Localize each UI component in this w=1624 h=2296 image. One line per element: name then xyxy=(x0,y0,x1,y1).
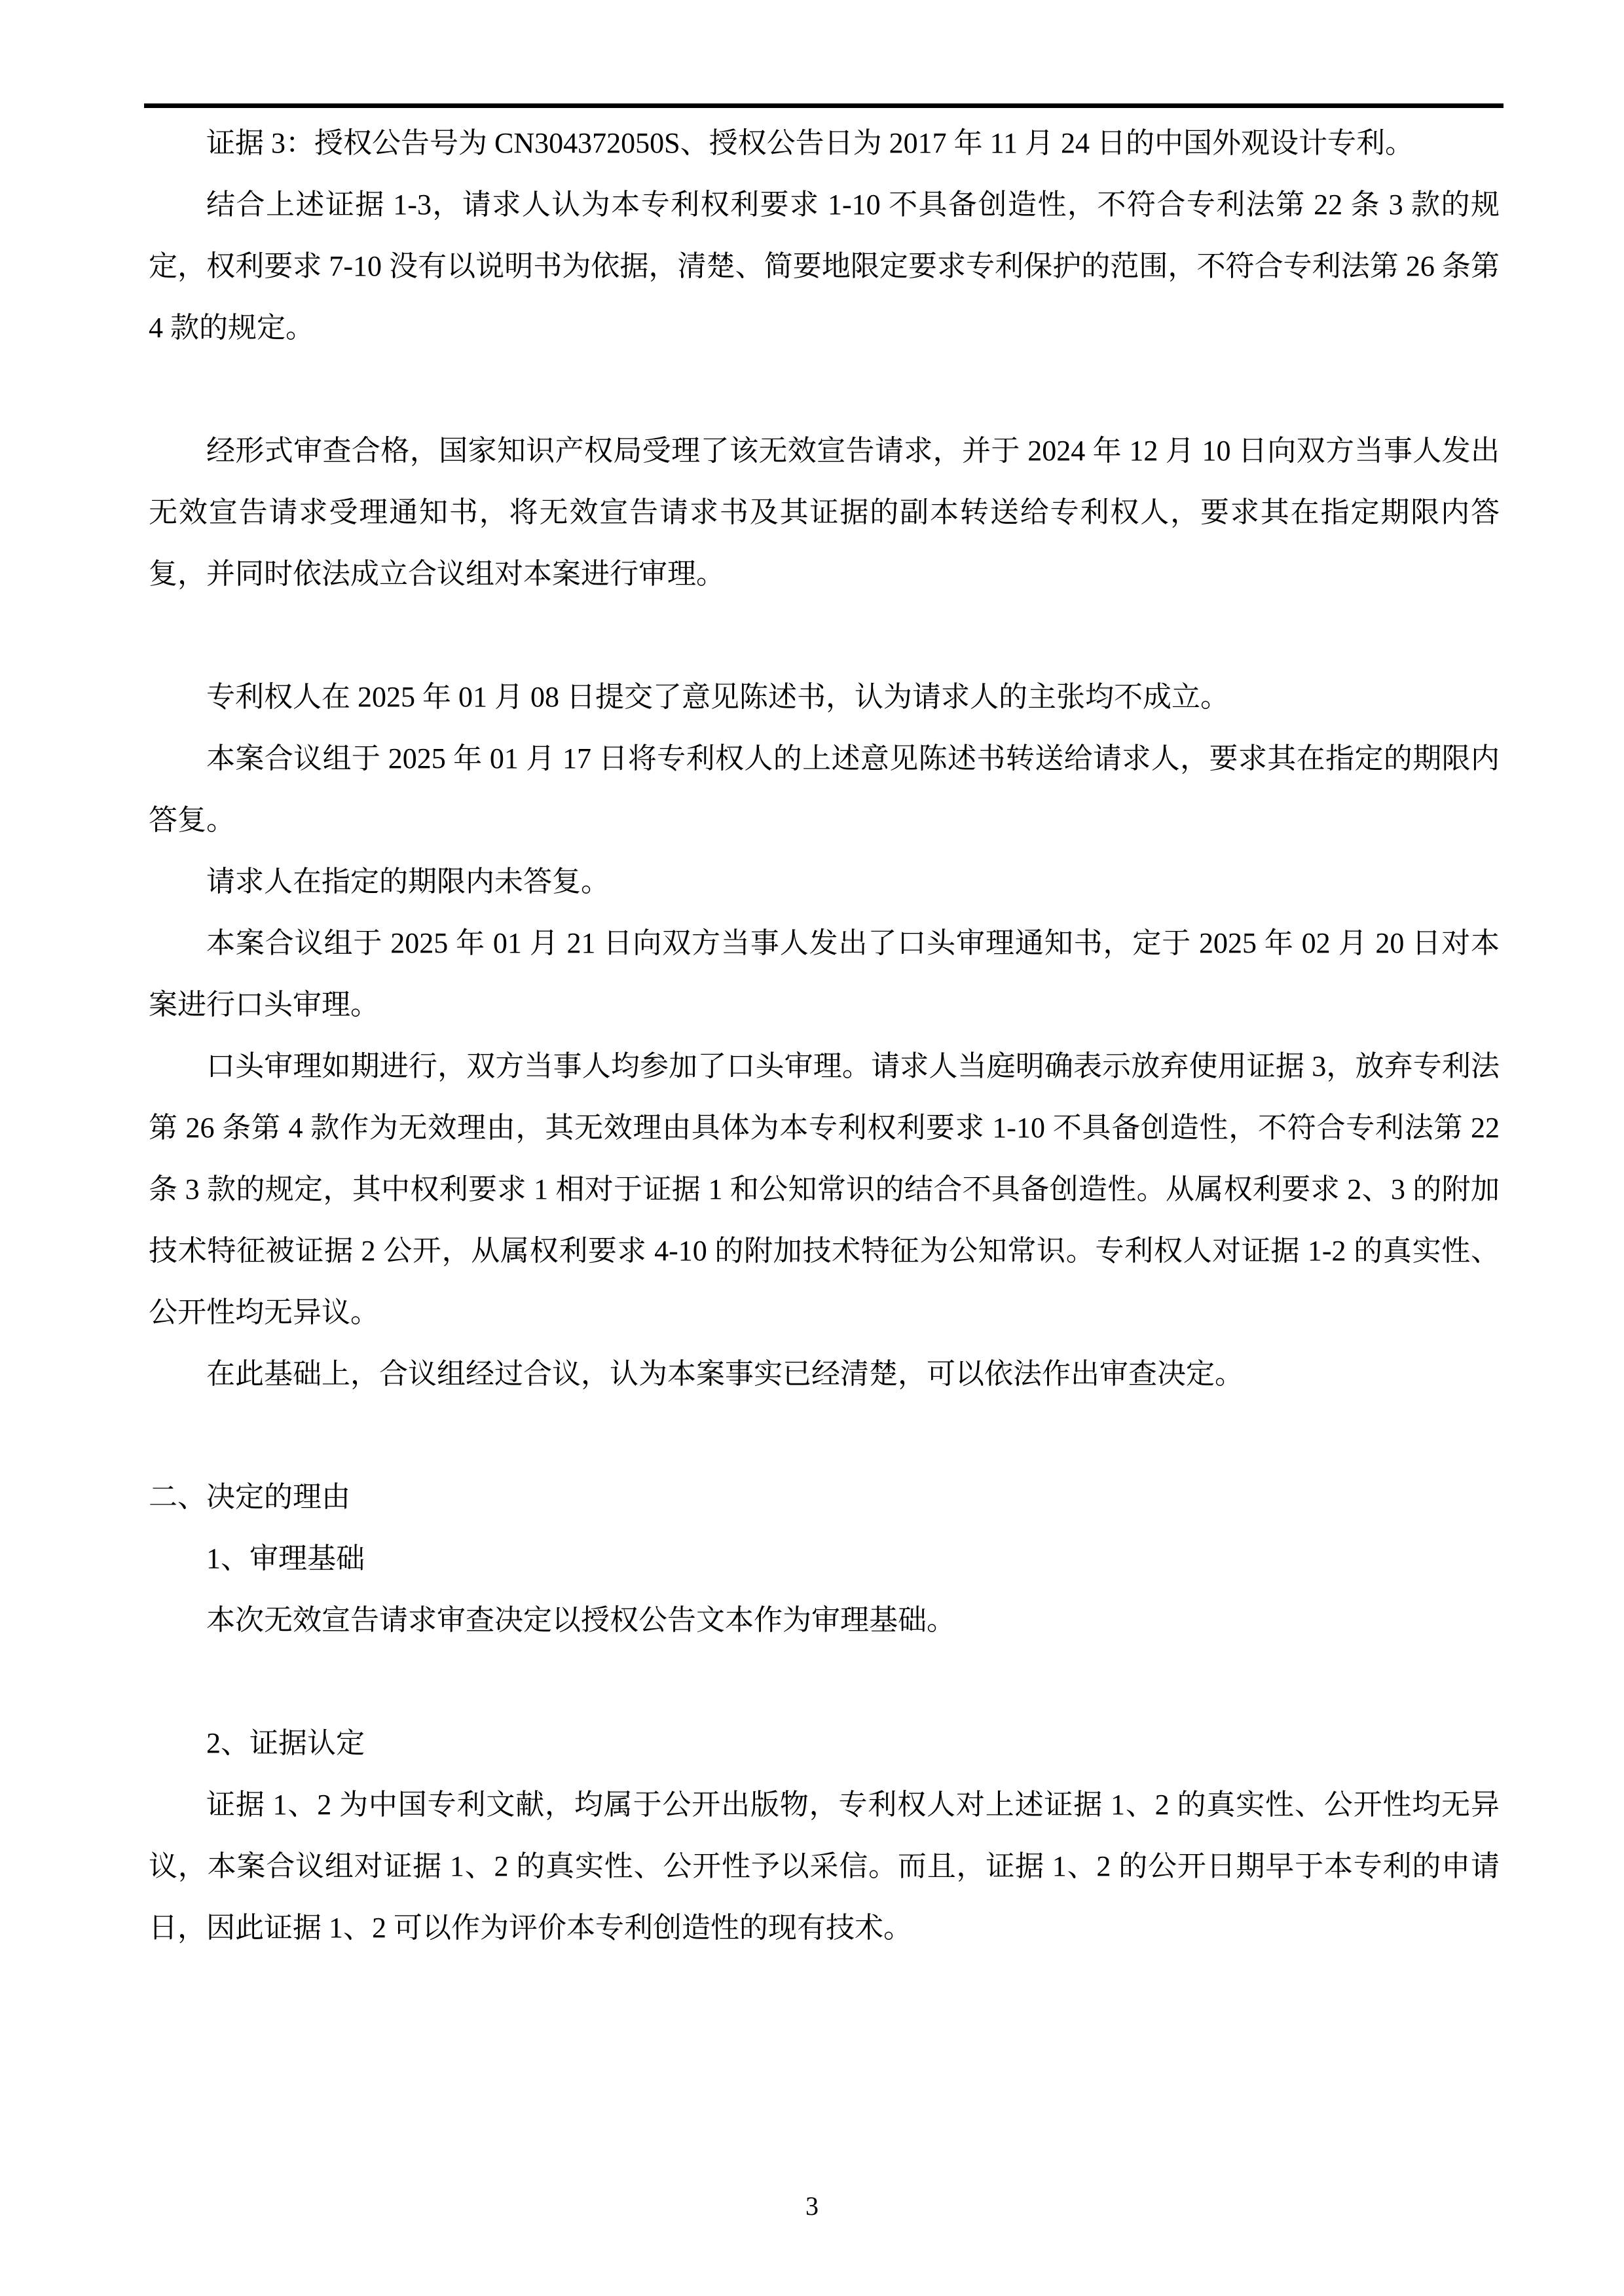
document-body: 证据 3：授权公告号为 CN304372050S、授权公告日为 2017 年 1… xyxy=(149,113,1500,1959)
subsection-heading-evidence-determination: 2、证据认定 xyxy=(149,1713,1500,1774)
paragraph-oral-hearing-proceedings: 口头审理如期进行，双方当事人均参加了口头审理。请求人当庭明确表示放弃使用证据 3… xyxy=(149,1036,1500,1343)
paragraph-evidence-3: 证据 3：授权公告号为 CN304372050S、授权公告日为 2017 年 1… xyxy=(149,113,1500,174)
paragraph-patentee-observations: 专利权人在 2025 年 01 月 08 日提交了意见陈述书，认为请求人的主张均… xyxy=(149,666,1500,728)
paragraph-invalidation-grounds: 结合上述证据 1-3，请求人认为本专利权利要求 1-10 不具备创造性，不符合专… xyxy=(149,174,1500,359)
section-heading-decision-reasons: 二、决定的理由 xyxy=(149,1467,1500,1528)
paragraph-oral-hearing-notice: 本案合议组于 2025 年 01 月 21 日向双方当事人发出了口头审理通知书，… xyxy=(149,913,1500,1036)
paragraph-examination-basis: 本次无效宣告请求审查决定以授权公告文本作为审理基础。 xyxy=(149,1590,1500,1651)
paragraph-forward-observations: 本案合议组于 2025 年 01 月 17 日将专利权人的上述意见陈述书转送给请… xyxy=(149,728,1500,851)
document-page: 证据 3：授权公告号为 CN304372050S、授权公告日为 2017 年 1… xyxy=(0,0,1624,2296)
paragraph-evidence-determination: 证据 1、2 为中国专利文献，均属于公开出版物，专利权人对上述证据 1、2 的真… xyxy=(149,1774,1500,1959)
header-rule xyxy=(144,103,1504,108)
page-number: 3 xyxy=(0,2187,1624,2226)
paragraph-formal-examination-acceptance: 经形式审查合格，国家知识产权局受理了该无效宣告请求，并于 2024 年 12 月… xyxy=(149,420,1500,605)
paragraph-panel-ready-to-decide: 在此基础上，合议组经过合议，认为本案事实已经清楚，可以依法作出审查决定。 xyxy=(149,1343,1500,1405)
paragraph-requester-no-reply: 请求人在指定的期限内未答复。 xyxy=(149,851,1500,913)
subsection-heading-examination-basis: 1、审理基础 xyxy=(149,1528,1500,1590)
